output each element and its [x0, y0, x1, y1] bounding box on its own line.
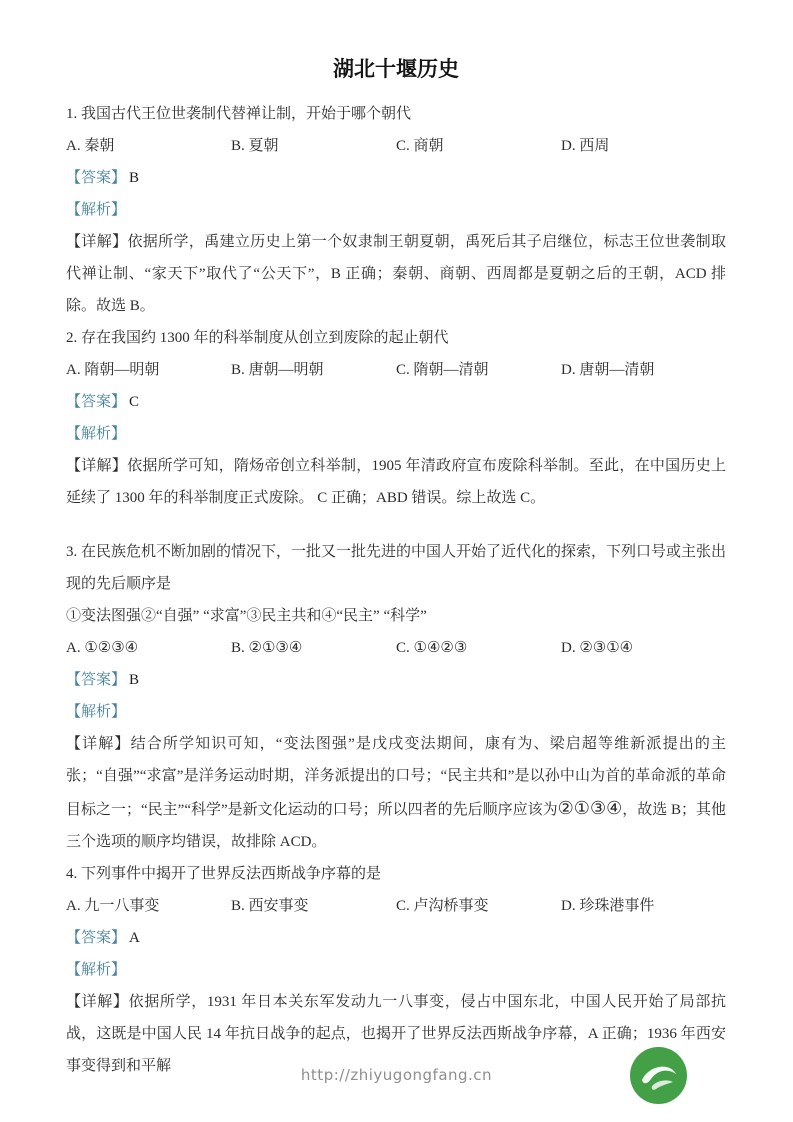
answer-line: 【答案】C: [66, 386, 726, 418]
option-d: D. 珍珠港事件: [561, 890, 726, 922]
answer-label: 【答案】: [66, 930, 126, 946]
option-b: B. ②①③④: [231, 632, 396, 664]
answer-value: B: [129, 672, 139, 688]
answer-label: 【答案】: [66, 394, 126, 410]
option-a: A. 隋朝—明朝: [66, 354, 231, 386]
detail-text: 依据所学，1931 年日本关东军发动九一八事变，侵占中国东北，中国人民开始了局部…: [66, 994, 726, 1074]
detail-text: 依据所学可知，隋炀帝创立科举制，1905 年清政府宣布废除科举制。至此，在中国历…: [66, 458, 726, 506]
question-stem: 3. 在民族危机不断加剧的情况下，一批又一批先进的中国人开始了近代化的探索，下列…: [66, 536, 726, 600]
answer-value: B: [129, 170, 139, 186]
answer-label: 【答案】: [66, 170, 126, 186]
question-stem: 2. 存在我国约 1300 年的科举制度从创立到废除的起止朝代: [66, 322, 726, 354]
question-stem: 4. 下列事件中揭开了世界反法西斯战争序幕的是: [66, 858, 726, 890]
option-a: A. ①②③④: [66, 632, 231, 664]
detail-paragraph: 【详解】依据所学可知，隋炀帝创立科举制，1905 年清政府宣布废除科举制。至此，…: [66, 450, 726, 514]
option-b: B. 西安事变: [231, 890, 396, 922]
detail-label: 【详解】: [66, 994, 129, 1010]
question-stem: 1. 我国古代王位世袭制代替禅让制，开始于哪个朝代: [66, 98, 726, 130]
option-c: C. 商朝: [396, 130, 561, 162]
detail-sequence-digits: ②①③④: [558, 798, 623, 818]
option-a: A. 秦朝: [66, 130, 231, 162]
option-b: B. 夏朝: [231, 130, 396, 162]
detail-label: 【详解】: [66, 234, 127, 250]
question-4: 4. 下列事件中揭开了世界反法西斯战争序幕的是 A. 九一八事变 B. 西安事变…: [66, 858, 726, 1082]
question-stem-text: 我国古代王位世袭制代替禅让制，开始于哪个朝代: [81, 106, 411, 122]
option-c: C. ①④②③: [396, 632, 561, 664]
options-row: A. 九一八事变 B. 西安事变 C. 卢沟桥事变 D. 珍珠港事件: [66, 890, 726, 922]
option-c: C. 卢沟桥事变: [396, 890, 561, 922]
site-logo-icon: [630, 1047, 687, 1104]
option-a: A. 九一八事变: [66, 890, 231, 922]
sequence-line: ①变法图强②“自强” “求富”③民主共和④“民主” “科学”: [66, 600, 726, 632]
answer-label: 【答案】: [66, 672, 126, 688]
detail-paragraph: 【详解】结合所学知识可知，“变法图强”是戊戌变法期间，康有为、梁启超等维新派提出…: [66, 728, 726, 858]
question-number: 1.: [66, 106, 77, 122]
analysis-label: 【解析】: [66, 194, 726, 226]
answer-line: 【答案】B: [66, 162, 726, 194]
analysis-label: 【解析】: [66, 954, 726, 986]
answer-value: C: [129, 394, 139, 410]
answer-value: A: [129, 930, 140, 946]
question-number: 3.: [66, 544, 77, 560]
option-d: D. 唐朝—清朝: [561, 354, 726, 386]
answer-line: 【答案】A: [66, 922, 726, 954]
option-c: C. 隋朝—清朝: [396, 354, 561, 386]
question-stem-text: 存在我国约 1300 年的科举制度从创立到废除的起止朝代: [81, 330, 449, 346]
question-2: 2. 存在我国约 1300 年的科举制度从创立到废除的起止朝代 A. 隋朝—明朝…: [66, 322, 726, 514]
document-page: 湖北十堰历史 1. 我国古代王位世袭制代替禅让制，开始于哪个朝代 A. 秦朝 B…: [66, 0, 726, 1082]
detail-label: 【详解】: [66, 458, 127, 474]
analysis-label: 【解析】: [66, 696, 726, 728]
detail-label: 【详解】: [66, 736, 131, 752]
site-logo: [630, 1047, 687, 1104]
question-stem-text: 在民族危机不断加剧的情况下，一批又一批先进的中国人开始了近代化的探索，下列口号或…: [66, 544, 726, 592]
page-title: 湖北十堰历史: [66, 54, 726, 84]
option-b: B. 唐朝—明朝: [231, 354, 396, 386]
option-d: D. 西周: [561, 130, 726, 162]
options-row: A. 隋朝—明朝 B. 唐朝—明朝 C. 隋朝—清朝 D. 唐朝—清朝: [66, 354, 726, 386]
analysis-label: 【解析】: [66, 418, 726, 450]
answer-line: 【答案】B: [66, 664, 726, 696]
options-row: A. 秦朝 B. 夏朝 C. 商朝 D. 西周: [66, 130, 726, 162]
question-stem-text: 下列事件中揭开了世界反法西斯战争序幕的是: [81, 866, 381, 882]
options-row: A. ①②③④ B. ②①③④ C. ①④②③ D. ②③①④: [66, 632, 726, 664]
detail-paragraph: 【详解】依据所学，禹建立历史上第一个奴隶制王朝夏朝，禹死后其子启继位，标志王位世…: [66, 226, 726, 322]
option-d: D. ②③①④: [561, 632, 726, 664]
question-number: 4.: [66, 866, 77, 882]
question-3: 3. 在民族危机不断加剧的情况下，一批又一批先进的中国人开始了近代化的探索，下列…: [66, 536, 726, 858]
detail-text: 依据所学，禹建立历史上第一个奴隶制王朝夏朝，禹死后其子启继位，标志王位世袭制取代…: [66, 234, 726, 314]
question-1: 1. 我国古代王位世袭制代替禅让制，开始于哪个朝代 A. 秦朝 B. 夏朝 C.…: [66, 98, 726, 322]
question-number: 2.: [66, 330, 77, 346]
